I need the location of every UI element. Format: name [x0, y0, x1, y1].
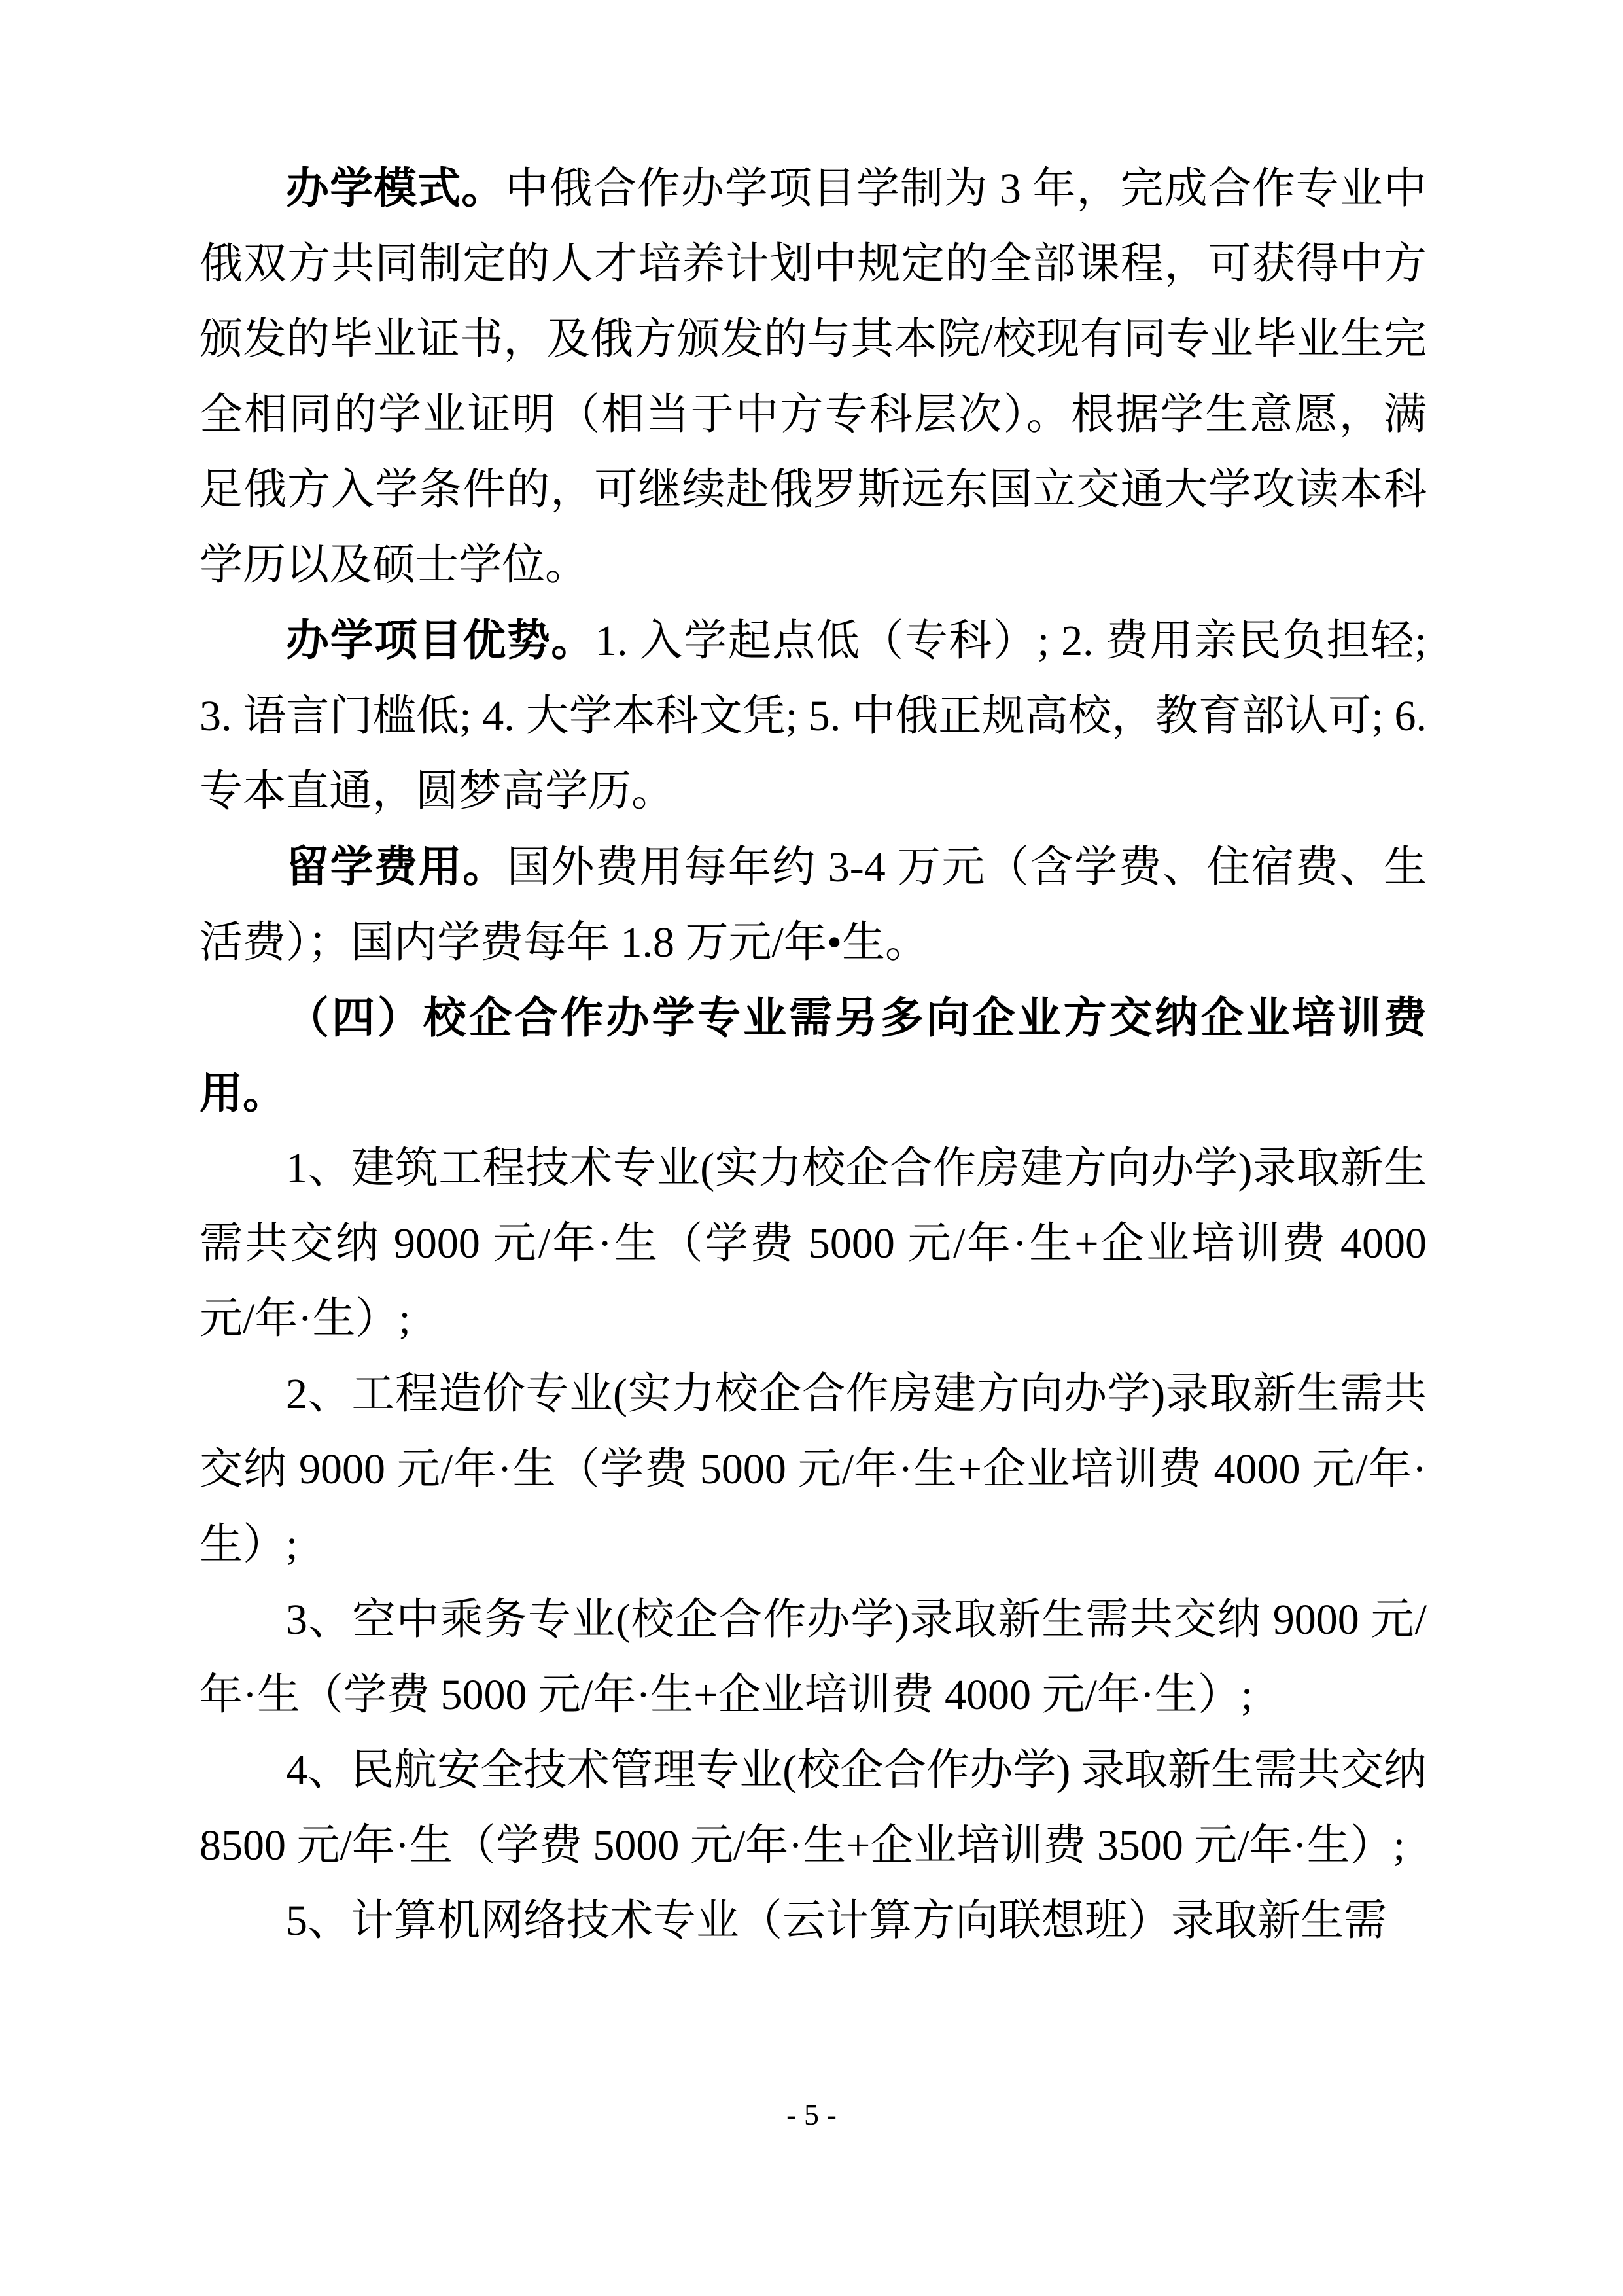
paragraph-banxue-moshi: 办学模式。中俄合作办学项目学制为 3 年，完成合作专业中俄双方共同制定的人才培养…: [200, 150, 1427, 603]
paragraph-text: 1、建筑工程技术专业(实力校企合作房建方向办学)录取新生需共交纳 9000 元/…: [200, 1144, 1427, 1343]
paragraph-text: 5、计算机网络技术专业（云计算方向联想班）录取新生需: [286, 1897, 1387, 1945]
paragraph-text: 3、空中乘务专业(校企合作办学)录取新生需共交纳 9000 元/年·生（学费 5…: [200, 1596, 1427, 1719]
paragraph-liuxue-feiyong: 留学费用。国外费用每年约 3-4 万元（含学费、住宿费、生活费）；国内学费每年 …: [200, 829, 1427, 980]
paragraph-text: 4、民航安全技术管理专业(校企合作办学) 录取新生需共交纳 8500 元/年·生…: [200, 1746, 1427, 1869]
document-content: 办学模式。中俄合作办学项目学制为 3 年，完成合作专业中俄双方共同制定的人才培养…: [200, 150, 1427, 1958]
paragraph-text: 2、工程造价专业(实力校企合作房建方向办学)录取新生需共交纳 9000 元/年·…: [200, 1370, 1427, 1568]
paragraph-section-heading-4: （四）校企合作办学专业需另多向企业方交纳企业培训费用。: [200, 980, 1427, 1131]
paragraph-item-3: 3、空中乘务专业(校企合作办学)录取新生需共交纳 9000 元/年·生（学费 5…: [200, 1582, 1427, 1733]
paragraph-lead: 办学模式。: [286, 163, 505, 213]
document-page: 办学模式。中俄合作办学项目学制为 3 年，完成合作专业中俄双方共同制定的人才培养…: [0, 0, 1623, 2296]
paragraph-lead: 办学项目优势。: [286, 615, 595, 665]
paragraph-item-1: 1、建筑工程技术专业(实力校企合作房建方向办学)录取新生需共交纳 9000 元/…: [200, 1131, 1427, 1356]
paragraph-lead: 留学费用。: [286, 841, 507, 892]
paragraph-item-4: 4、民航安全技术管理专业(校企合作办学) 录取新生需共交纳 8500 元/年·生…: [200, 1733, 1427, 1883]
paragraph-item-2: 2、工程造价专业(实力校企合作房建方向办学)录取新生需共交纳 9000 元/年·…: [200, 1356, 1427, 1582]
paragraph-text: （四）校企合作办学专业需另多向企业方交纳企业培训费用。: [200, 993, 1427, 1118]
paragraph-xiangmu-youshi: 办学项目优势。1. 入学起点低（专科）; 2. 费用亲民负担轻; 3. 语言门槛…: [200, 603, 1427, 829]
paragraph-item-5: 5、计算机网络技术专业（云计算方向联想班）录取新生需: [200, 1883, 1427, 1958]
paragraph-text: 中俄合作办学项目学制为 3 年，完成合作专业中俄双方共同制定的人才培养计划中规定…: [200, 165, 1427, 589]
page-number: - 5 -: [0, 2098, 1623, 2132]
